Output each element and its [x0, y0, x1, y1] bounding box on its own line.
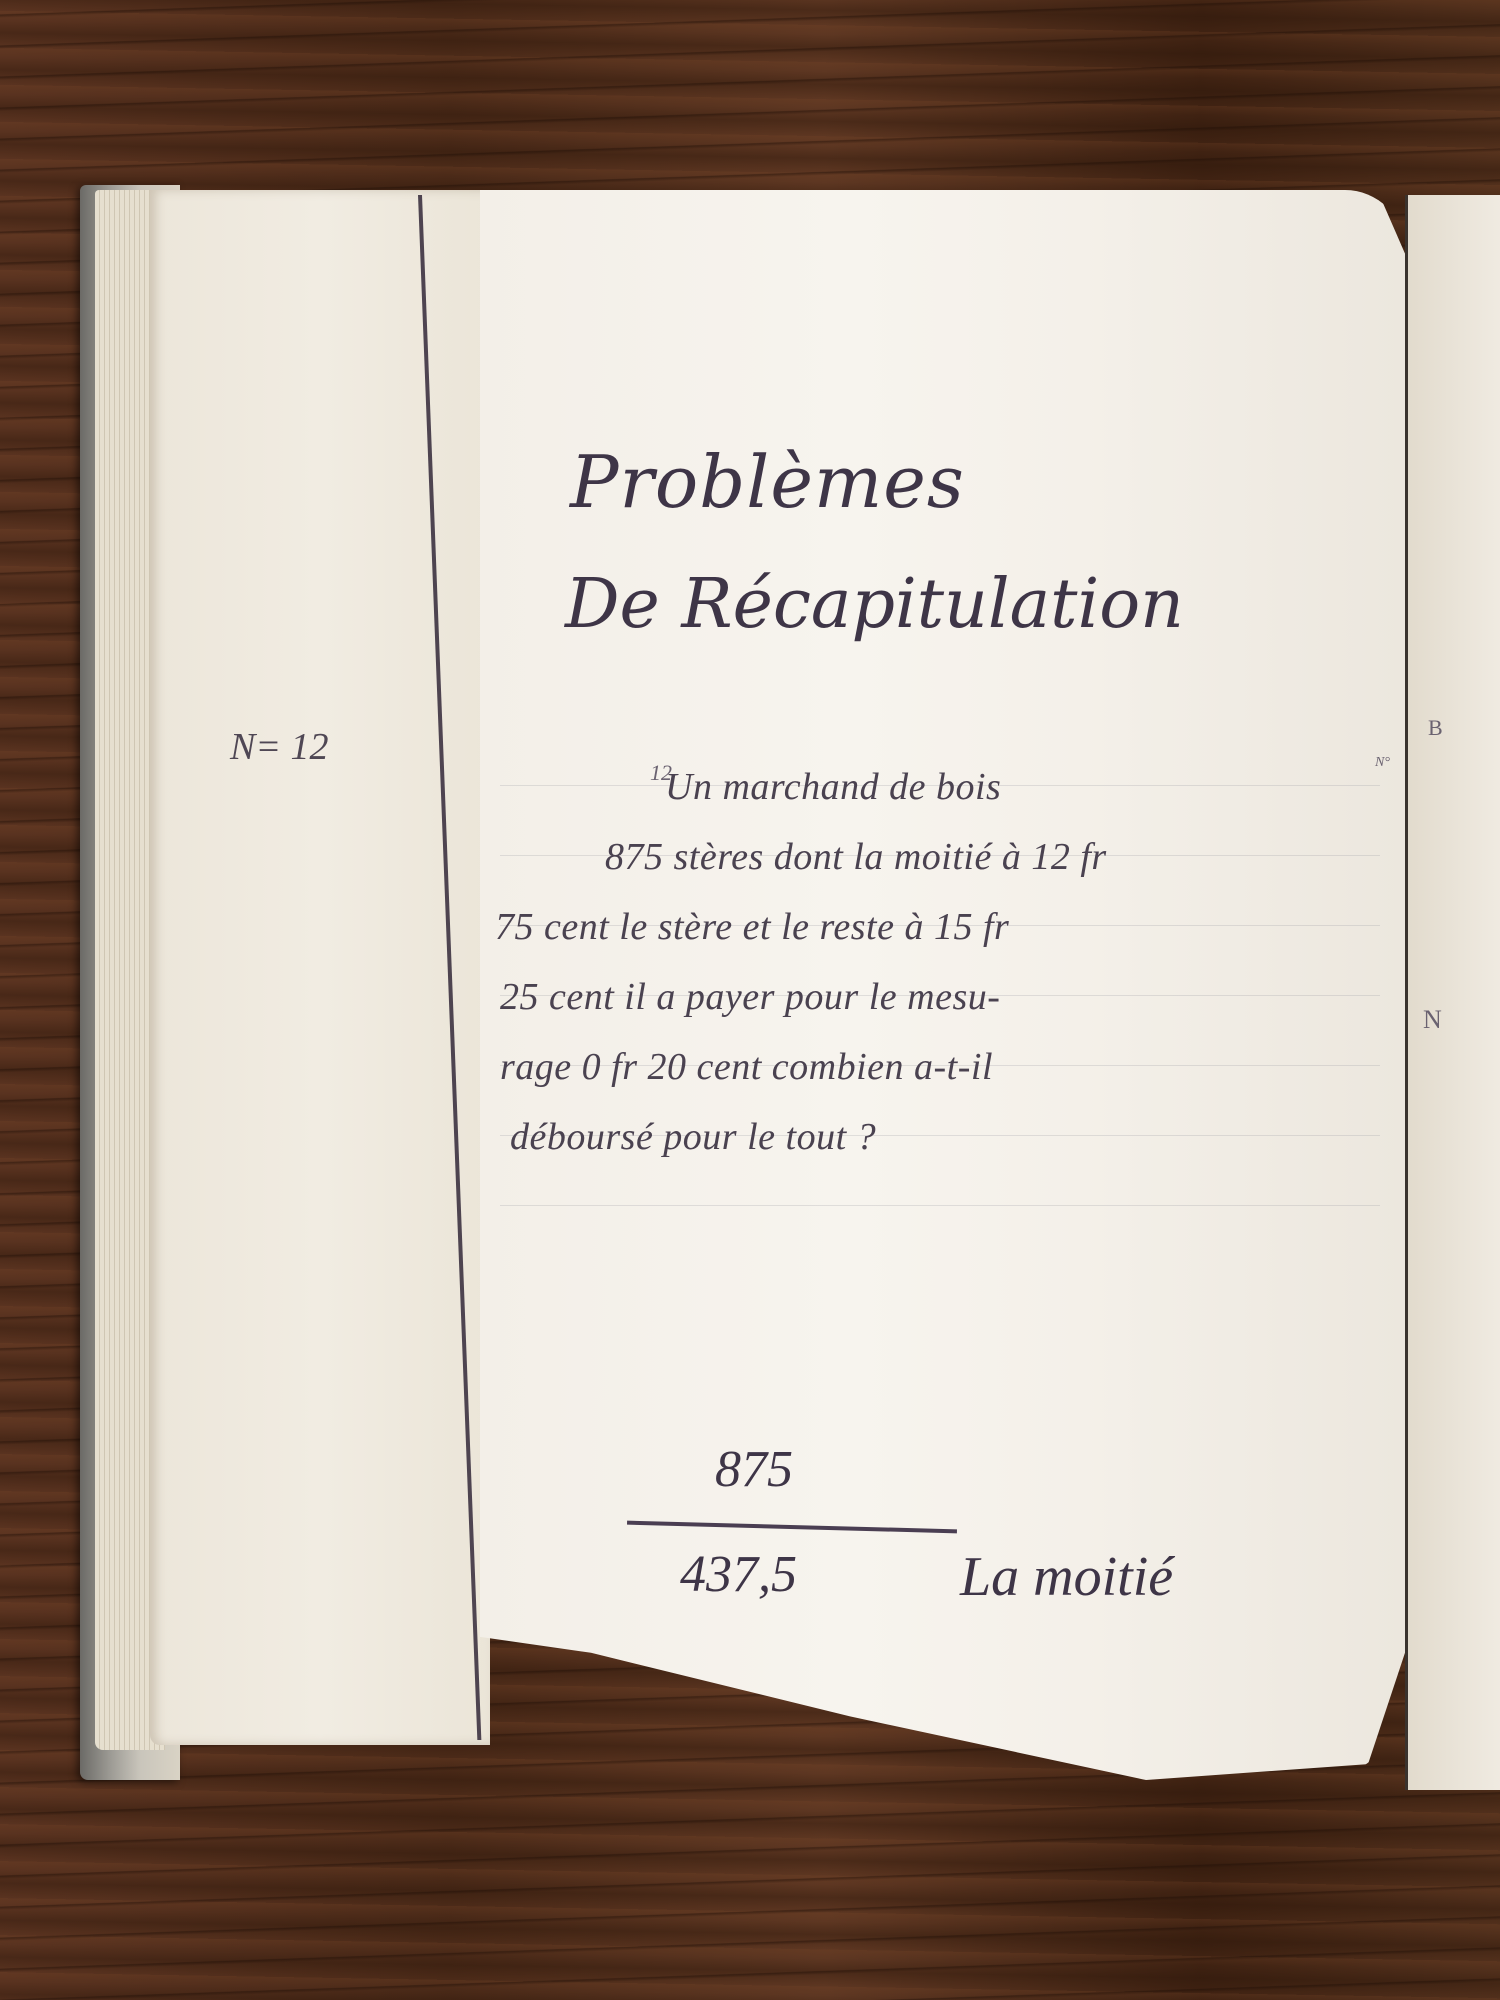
- page-title-problemes: Problèmes: [570, 440, 965, 524]
- left-page: [150, 190, 490, 1745]
- calc-result: 437,5: [680, 1545, 797, 1604]
- next-page-mark: B: [1428, 715, 1443, 741]
- problem-line: rage 0 fr 20 cent combien a-t-il: [500, 1045, 993, 1089]
- problem-line: 75 cent le stère et le reste à 15 fr: [495, 905, 1009, 949]
- problem-line: déboursé pour le tout ?: [510, 1115, 876, 1159]
- calc-dividend: 875: [715, 1440, 793, 1499]
- problem-line: 875 stères dont la moitié à 12 fr: [605, 835, 1107, 879]
- margin-problem-number: N= 12: [230, 725, 329, 769]
- problem-line: Un marchand de bois: [665, 765, 1001, 809]
- corner-mark: N°: [1375, 755, 1390, 771]
- ruled-line: [500, 1205, 1380, 1206]
- problem-line: 25 cent il a payer pour le mesu-: [500, 975, 1000, 1019]
- page-title-recapitulation: De Récapitulation: [565, 565, 1184, 644]
- calc-result-label: La moitié: [960, 1545, 1173, 1609]
- next-page-edge: B N: [1405, 195, 1500, 1790]
- next-page-mark: N: [1423, 1005, 1442, 1035]
